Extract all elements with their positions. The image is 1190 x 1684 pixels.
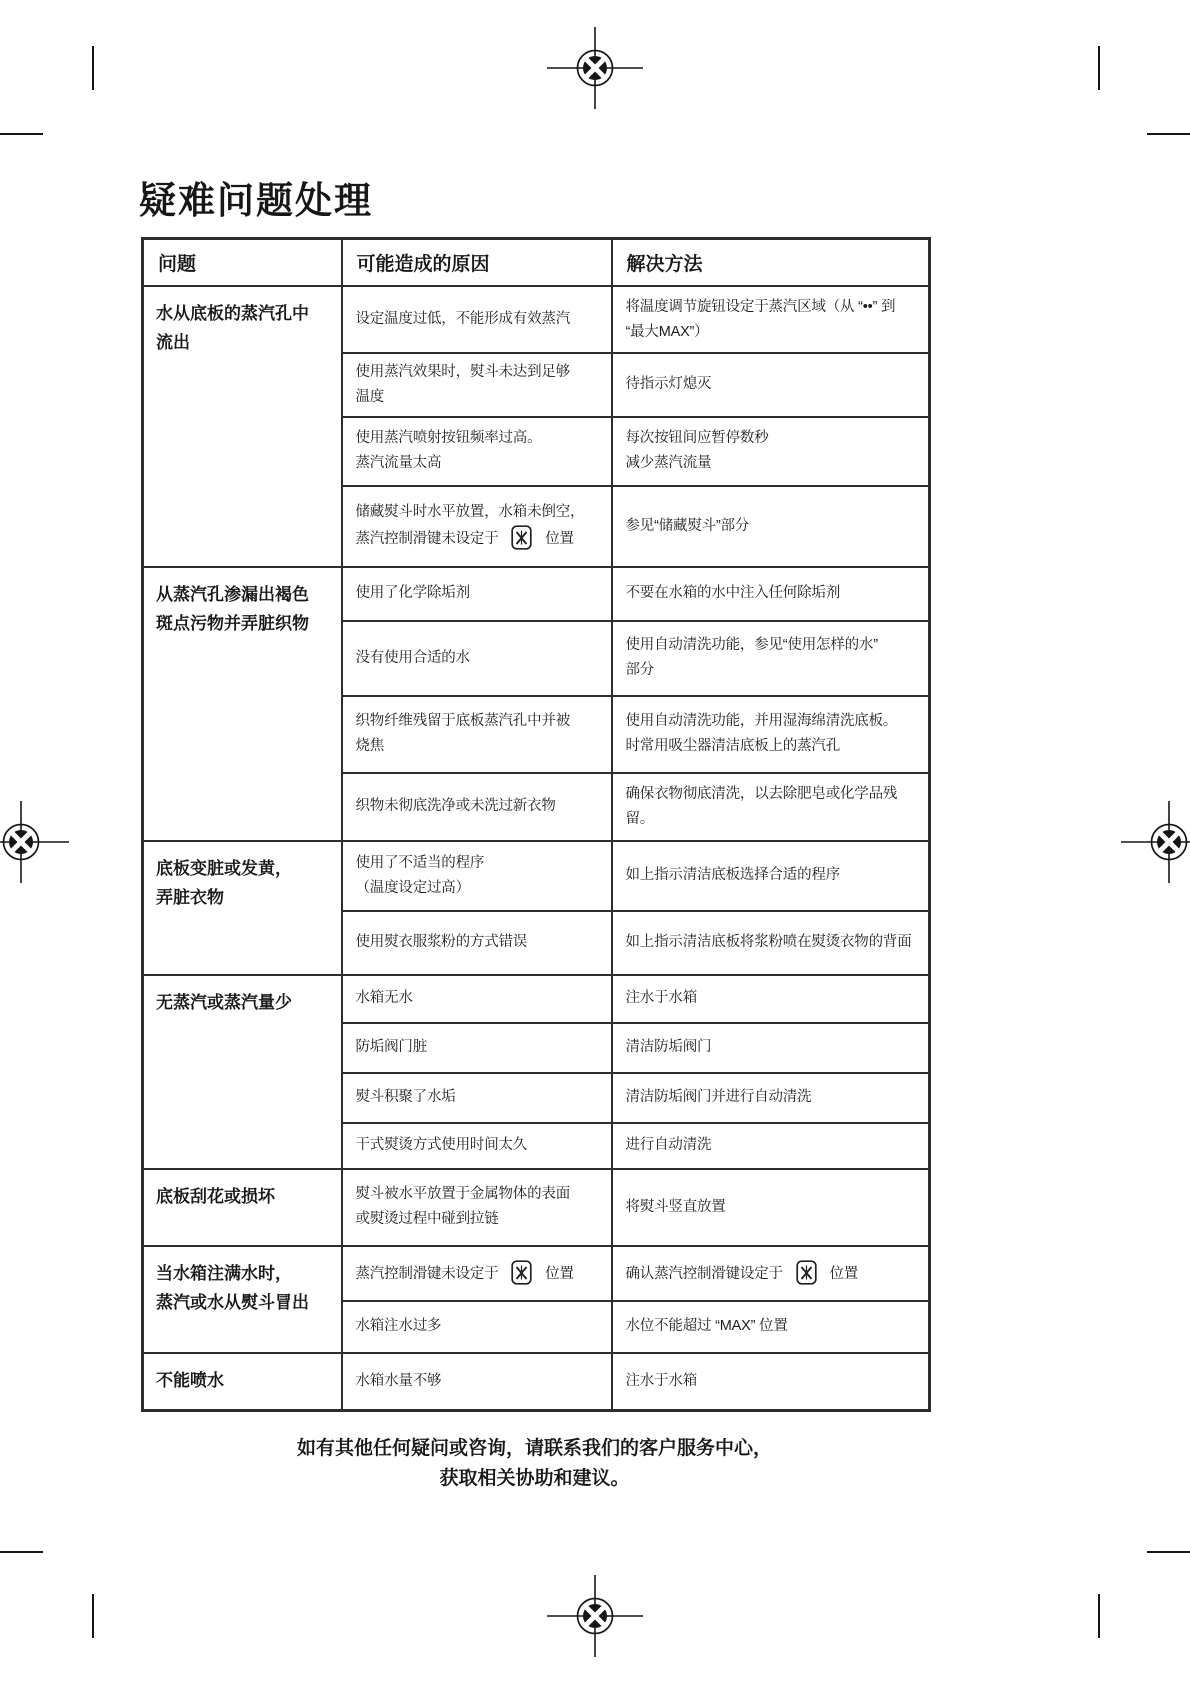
crop-mark-icon xyxy=(1147,1551,1190,1553)
cause-cell: 防垢阀门脏 xyxy=(342,1023,612,1073)
troubleshooting-table: 问题 可能造成的原因 解决方法 水从底板的蒸汽孔中 流出设定温度过低，不能形成有… xyxy=(141,237,931,1412)
solution-cell: 如上指示清洁底板选择合适的程序 xyxy=(612,841,930,911)
solution-cell: 水位不能超过 “MAX” 位置 xyxy=(612,1301,930,1353)
cause-cell: 使用蒸汽效果时，熨斗未达到足够 温度 xyxy=(342,353,612,417)
solution-cell: 清洁防垢阀门 xyxy=(612,1023,930,1073)
solution-cell: 待指示灯熄灭 xyxy=(612,353,930,417)
crop-mark-icon xyxy=(92,1594,94,1638)
crop-mark-icon xyxy=(1098,46,1100,90)
table-header: 问题 可能造成的原因 解决方法 xyxy=(143,239,930,287)
problem-cell: 不能喷水 xyxy=(143,1353,342,1411)
header-row: 问题 可能造成的原因 解决方法 xyxy=(143,239,930,287)
table-row: 底板刮花或损坏熨斗被水平放置于金属物体的表面 或熨烫过程中碰到拉链将熨斗竖直放置 xyxy=(143,1169,930,1246)
problem-cell: 当水箱注满水时， 蒸汽或水从熨斗冒出 xyxy=(143,1246,342,1353)
registration-target-icon xyxy=(1121,794,1190,895)
cause-cell: 水箱无水 xyxy=(342,975,612,1023)
solution-cell: 注水于水箱 xyxy=(612,975,930,1023)
col-header-cause: 可能造成的原因 xyxy=(342,239,612,287)
solution-cell: 参见“储藏熨斗”部分 xyxy=(612,486,930,567)
solution-cell: 确保衣物彻底清洗，以去除肥皂或化学品残留。 xyxy=(612,773,930,841)
cause-cell: 熨斗被水平放置于金属物体的表面 或熨烫过程中碰到拉链 xyxy=(342,1169,612,1246)
solution-cell: 不要在水箱的水中注入任何除垢剂 xyxy=(612,567,930,621)
no-steam-icon xyxy=(511,1260,532,1285)
solution-cell: 将熨斗竖直放置 xyxy=(612,1169,930,1246)
col-header-solution: 解决方法 xyxy=(612,239,930,287)
table-row: 水从底板的蒸汽孔中 流出设定温度过低，不能形成有效蒸汽将温度调节旋钮设定于蒸汽区… xyxy=(143,286,930,353)
table-row: 不能喷水水箱水量不够注水于水箱 xyxy=(143,1353,930,1411)
footer-note: 如有其他任何疑问或咨询，请联系我们的客户服务中心， 获取相关协助和建议。 xyxy=(141,1434,928,1495)
cause-cell: 织物未彻底洗净或未洗过新衣物 xyxy=(342,773,612,841)
solution-cell: 使用自动清洗功能，并用湿海绵清洗底板。 时常用吸尘器清洁底板上的蒸汽孔 xyxy=(612,696,930,773)
table-row: 当水箱注满水时， 蒸汽或水从熨斗冒出蒸汽控制滑键未设定于 位置确认蒸汽控制滑键设… xyxy=(143,1246,930,1301)
crop-mark-icon xyxy=(92,46,94,90)
cause-cell: 没有使用合适的水 xyxy=(342,621,612,696)
cause-cell: 设定温度过低，不能形成有效蒸汽 xyxy=(342,286,612,353)
manual-page: { "page": { "title": "疑难问题处理", "footer_l… xyxy=(0,0,1190,1684)
footer-line-1: 如有其他任何疑问或咨询，请联系我们的客户服务中心， xyxy=(141,1434,928,1464)
solution-cell: 使用自动清洗功能，参见“使用怎样的水” 部分 xyxy=(612,621,930,696)
cause-cell: 干式熨烫方式使用时间太久 xyxy=(342,1123,612,1169)
problem-cell: 从蒸汽孔渗漏出褐色 斑点污物并弄脏织物 xyxy=(143,567,342,841)
cause-cell: 织物纤维残留于底板蒸汽孔中并被 烧焦 xyxy=(342,696,612,773)
footer-line-2: 获取相关协助和建议。 xyxy=(141,1464,928,1494)
cause-cell: 使用了化学除垢剂 xyxy=(342,567,612,621)
no-steam-icon xyxy=(796,1260,817,1285)
solution-cell: 如上指示清洁底板将浆粉喷在熨烫衣物的背面 xyxy=(612,911,930,975)
troubleshooting-table-body: 水从底板的蒸汽孔中 流出设定温度过低，不能形成有效蒸汽将温度调节旋钮设定于蒸汽区… xyxy=(143,286,930,1411)
registration-target-icon xyxy=(547,20,643,121)
cause-cell: 使用蒸汽喷射按钮频率过高。 蒸汽流量太高 xyxy=(342,417,612,486)
registration-target-icon xyxy=(547,1568,643,1669)
cause-cell: 水箱注水过多 xyxy=(342,1301,612,1353)
cause-cell: 水箱水量不够 xyxy=(342,1353,612,1411)
crop-mark-icon xyxy=(1147,133,1190,135)
solution-cell: 注水于水箱 xyxy=(612,1353,930,1411)
cause-cell: 熨斗积聚了水垢 xyxy=(342,1073,612,1123)
registration-target-icon xyxy=(0,794,69,895)
solution-cell: 清洁防垢阀门并进行自动清洗 xyxy=(612,1073,930,1123)
solution-cell: 每次按钮间应暂停数秒 减少蒸汽流量 xyxy=(612,417,930,486)
cause-cell: 使用熨衣服浆粉的方式错误 xyxy=(342,911,612,975)
cause-cell: 蒸汽控制滑键未设定于 位置 xyxy=(342,1246,612,1301)
problem-cell: 水从底板的蒸汽孔中 流出 xyxy=(143,286,342,567)
col-header-problem: 问题 xyxy=(143,239,342,287)
problem-cell: 无蒸汽或蒸汽量少 xyxy=(143,975,342,1169)
cause-cell: 使用了不适当的程序 （温度设定过高） xyxy=(342,841,612,911)
solution-cell: 将温度调节旋钮设定于蒸汽区域（从 “••” 到 “最大MAX”） xyxy=(612,286,930,353)
problem-cell: 底板变脏或发黄， 弄脏衣物 xyxy=(143,841,342,975)
crop-mark-icon xyxy=(1098,1594,1100,1638)
crop-mark-icon xyxy=(0,133,43,135)
solution-cell: 确认蒸汽控制滑键设定于 位置 xyxy=(612,1246,930,1301)
problem-cell: 底板刮花或损坏 xyxy=(143,1169,342,1246)
table-row: 底板变脏或发黄， 弄脏衣物使用了不适当的程序 （温度设定过高）如上指示清洁底板选… xyxy=(143,841,930,911)
no-steam-icon xyxy=(511,525,532,550)
solution-cell: 进行自动清洗 xyxy=(612,1123,930,1169)
page-title: 疑难问题处理 xyxy=(139,170,373,224)
crop-mark-icon xyxy=(0,1551,43,1553)
cause-cell: 储藏熨斗时水平放置，水箱未倒空， 蒸汽控制滑键未设定于 位置 xyxy=(342,486,612,567)
table-row: 从蒸汽孔渗漏出褐色 斑点污物并弄脏织物使用了化学除垢剂不要在水箱的水中注入任何除… xyxy=(143,567,930,621)
table-row: 无蒸汽或蒸汽量少水箱无水注水于水箱 xyxy=(143,975,930,1023)
